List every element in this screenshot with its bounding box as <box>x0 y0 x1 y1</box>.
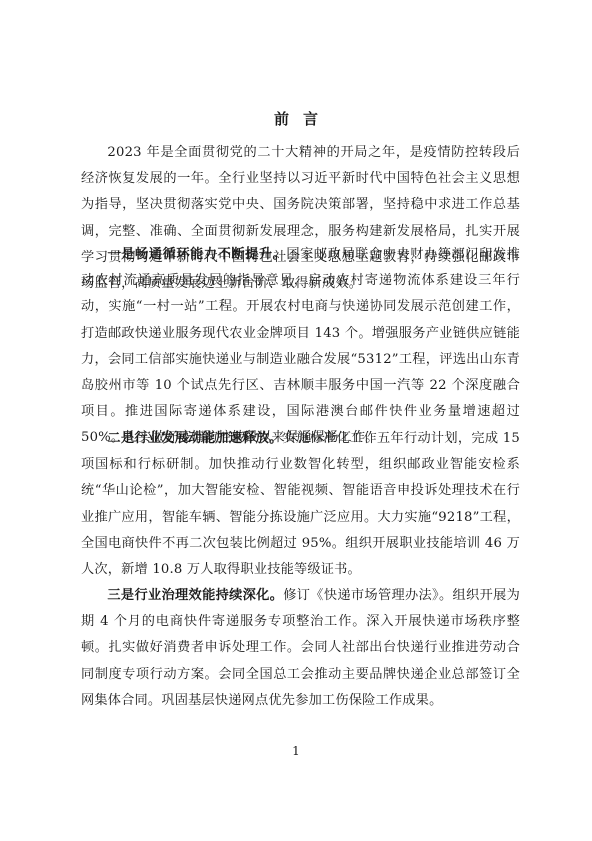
paragraph-text: 实施标准化工作五年行动计划，完成 15 项国标和行标研制。加快推动行业数智化转型… <box>81 431 520 577</box>
paragraph-lead: 三是行业治理效能持续深化。 <box>107 588 283 603</box>
paragraph-lead: 二是行业发展动能加速释放。 <box>107 431 282 446</box>
page-number: 1 <box>0 744 592 758</box>
paragraph-text: 国家邮政局联合中央财办等部门印发推动农村流通高质量发展的指导意见，启动农村寄递物… <box>81 247 520 445</box>
paragraph-development: 二是行业发展动能加速释放。实施标准化工作五年行动计划，完成 15 项国标和行标研… <box>81 426 520 583</box>
paragraph-lead: 一是畅通循环能力不断提升。 <box>107 247 286 262</box>
paragraph-text: 修订《快递市场管理办法》。组织开展为期 4 个月的电商快件寄递服务专项整治工作。… <box>81 588 520 708</box>
paragraph-circulation: 一是畅通循环能力不断提升。国家邮政局联合中央财办等部门印发推动农村流通高质量发展… <box>81 242 520 452</box>
paragraph-governance: 三是行业治理效能持续深化。修订《快递市场管理办法》。组织开展为期 4 个月的电商… <box>81 583 520 714</box>
page-title: 前言 <box>0 108 592 129</box>
document-page: 前言 2023 年是全面贯彻党的二十大精神的开局之年，是疫情防控转段后经济恢复发… <box>0 0 592 841</box>
